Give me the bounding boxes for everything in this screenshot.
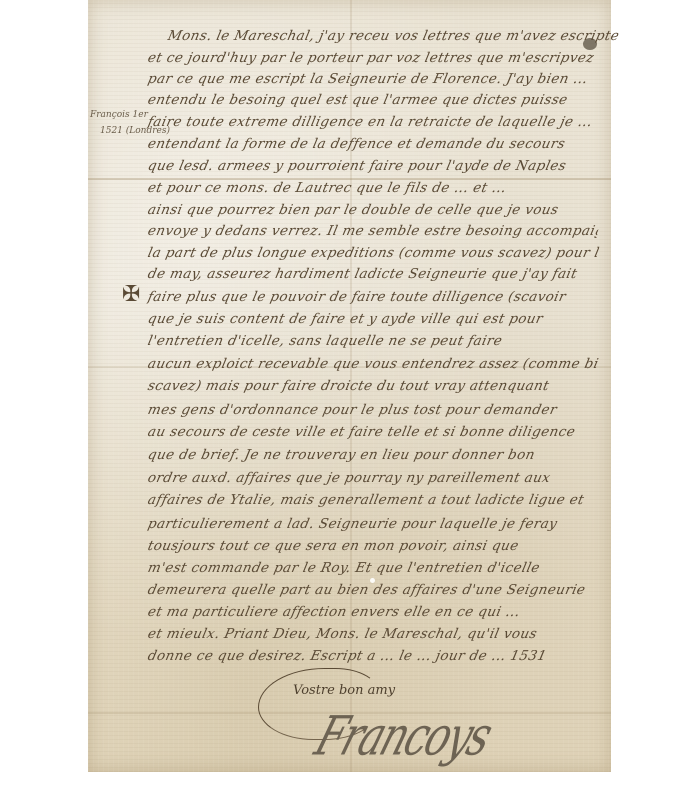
letter-line: l'entretien d'icelle, sans laquelle ne s…	[146, 333, 599, 349]
letter-line: et mieulx. Priant Dieu, Mons. le Maresch…	[146, 626, 599, 642]
letter-line: faire plus que le pouvoir de faire toute…	[146, 289, 599, 305]
letter-line: que de brief. Je ne trouveray en lieu po…	[146, 447, 599, 463]
royal-signature: Francoys	[308, 706, 498, 768]
letter-line: m'est commande par le Roy. Et que l'entr…	[146, 560, 599, 576]
letter-line: aucun exploict recevable que vous entend…	[146, 356, 599, 372]
letter-line: au secours de ceste ville et faire telle…	[146, 424, 599, 440]
letter-line: et pour ce mons. de Lautrec que le fils …	[146, 180, 599, 196]
letter-line: entendu le besoing quel est que l'armee …	[146, 92, 599, 108]
letter-line: mes gens d'ordonnance pour le plus tost …	[146, 402, 599, 418]
letter-line: ainsi que pourrez bien par le double de …	[146, 202, 599, 218]
letter-line: la part de plus longue expeditions (comm…	[146, 245, 599, 261]
letter-line: par ce que me escript la Seigneurie de F…	[146, 71, 599, 87]
letter-line: envoye y dedans verrez. Il me semble est…	[146, 223, 599, 239]
letter-line: que je suis content de faire et y ayde v…	[146, 311, 599, 327]
margin-note-author: François 1er	[90, 110, 148, 120]
letter-line: et ma particuliere affection envers elle…	[146, 604, 599, 620]
margin-mark-icon: ✠	[122, 282, 140, 307]
letter-line: de may, asseurez hardiment ladicte Seign…	[146, 266, 599, 282]
letter-line: ordre auxd. affaires que je pourray ny p…	[146, 470, 599, 486]
letter-line: scavez) mais pour faire droicte du tout …	[146, 378, 599, 394]
letter-line: particulierement a lad. Seigneurie pour …	[146, 516, 599, 532]
letter-line: faire toute extreme dilligence en la ret…	[146, 114, 599, 130]
letter-line: Mons. le Mareschal, j'ay receu vos lettr…	[166, 28, 619, 44]
letter-line: demeurera quelle part au bien des affair…	[146, 582, 599, 598]
letter-line: donne ce que desirez. Escript a ... le .…	[146, 648, 599, 664]
letter-line: affaires de Ytalie, mais generallement a…	[146, 492, 599, 508]
closing-salutation: Vostre bon amy	[293, 683, 395, 698]
letter-line: et ce jourd'huy par le porteur par voz l…	[146, 50, 599, 66]
letter-line: que lesd. armees y pourroient faire pour…	[146, 158, 599, 174]
letter-line: tousjours tout ce que sera en mon povoir…	[146, 538, 599, 554]
letter-line: entendant la forme de la deffence et dem…	[146, 136, 599, 152]
manuscript-page: François 1er 1521 (Londres) ✠ Mons. le M…	[88, 0, 611, 772]
